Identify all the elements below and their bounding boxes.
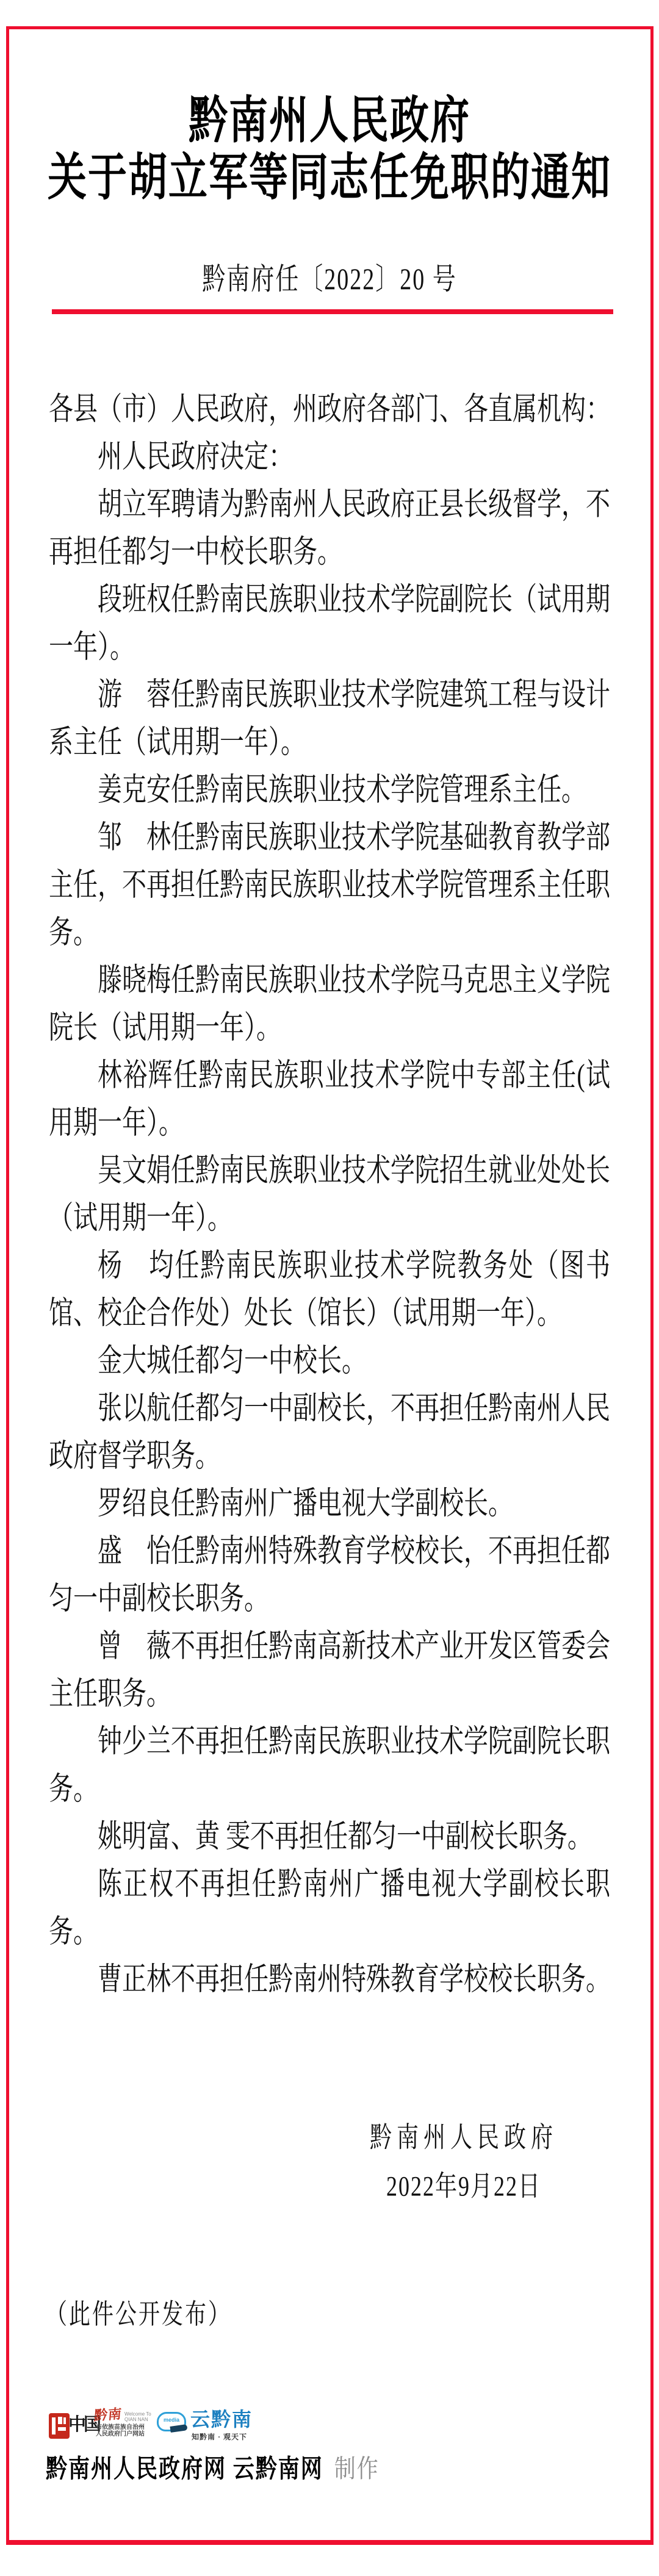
body-paragraph: 姚明富、黄 雯不再担任都匀一中副校长职务。	[49, 1813, 610, 1860]
footer-credit-sites: 黔南州人民政府网 云黔南网	[46, 2455, 323, 2483]
public-release-note: （此件公开发布）	[46, 2297, 231, 2333]
body-paragraph: 州人民政府决定：	[49, 433, 610, 481]
body-paragraph: 姜克安任黔南民族职业技术学院管理系主任。	[49, 766, 610, 814]
red-divider-line	[52, 309, 613, 314]
body-paragraph: 吴文娟任黔南民族职业技术学院招生就业处处长（试用期一年）。	[49, 1147, 610, 1242]
logo-yunqiannan: 云黔南	[190, 2408, 253, 2430]
body-paragraph: 金大城任都匀一中校长。	[49, 1337, 610, 1385]
document-number: 黔南府任〔2022〕20 号	[0, 262, 659, 297]
logo-welcome-line1: Welcome To	[124, 2411, 151, 2417]
body-paragraph: 林裕辉任黔南民族职业技术学院中专部主任(试用期一年）。	[49, 1052, 610, 1147]
body-paragraph: 游 蓉任黔南民族职业技术学院建筑工程与设计系主任（试用期一年）。	[49, 671, 610, 766]
body-paragraph: 各县（市）人民政府，州政府各部门、各直属机构：	[49, 386, 610, 433]
logo-yunqiannan-tagline: 知黔南 · 观天下	[192, 2431, 247, 2442]
body-paragraph: 张以航任都匀一中副校长，不再担任黔南州人民政府督学职务。	[49, 1385, 610, 1480]
footer-credit: 黔南州人民政府网 云黔南网制作	[46, 2453, 380, 2485]
document-body: 各县（市）人民政府，州政府各部门、各直属机构：州人民政府决定：胡立军聘请为黔南州…	[49, 386, 610, 2003]
body-paragraph: 陈正权不再担任黔南州广播电视大学副校长职务。	[49, 1860, 610, 1956]
body-paragraph: 段班权任黔南民族职业技术学院副院长（试用期一年）。	[49, 576, 610, 671]
logo-welcome-line2: QIAN NAN	[124, 2417, 151, 2422]
footer-credit-action: 制作	[334, 2455, 380, 2483]
logo-gov-subtitle: 布依族苗族自治州 人民政府门户网站	[96, 2424, 145, 2438]
logo-welcome-text: Welcome To QIAN NAN	[124, 2411, 151, 2422]
body-paragraph: 杨 均任黔南民族职业技术学院教务处（图书馆、校企合作处）处长（馆长）（试用期一年…	[49, 1242, 610, 1337]
body-paragraph: 胡立军聘请为黔南州人民政府正县长级督学，不再担任都匀一中校长职务。	[49, 481, 610, 576]
body-paragraph: 滕晓梅任黔南民族职业技术学院马克思主义学院院长（试用期一年）。	[49, 956, 610, 1052]
logo-qiannan-script: 黔南	[93, 2407, 122, 2422]
cloud-media-icon: media	[157, 2412, 186, 2431]
body-paragraph: 曾 薇不再担任黔南高新技术产业开发区管委会主任职务。	[49, 1623, 610, 1718]
body-paragraph: 曹正林不再担任黔南州特殊教育学校校长职务。	[49, 1956, 610, 2003]
body-paragraph: 邹 林任黔南民族职业技术学院基础教育教学部主任，不再担任黔南民族职业技术学院管理…	[49, 814, 610, 956]
body-paragraph: 钟少兰不再担任黔南民族职业技术学院副院长职务。	[49, 1718, 610, 1813]
body-paragraph: 罗绍良任黔南州广播电视大学副校长。	[49, 1480, 610, 1527]
footer: 中国 黔南 Welcome To QIAN NAN 布依族苗族自治州 人民政府门…	[0, 2403, 659, 2501]
qiannan-gov-seal-icon	[49, 2413, 70, 2439]
issue-date: 2022年9月22日	[342, 2165, 586, 2207]
issuer-signature: 黔南州人民政府	[342, 2117, 586, 2158]
cloud-media-label: media	[164, 2417, 179, 2423]
body-paragraph: 盛 怡任黔南州特殊教育学校校长，不再担任都匀一中副校长职务。	[49, 1527, 610, 1623]
title-line-issuer: 黔南州人民政府	[0, 91, 659, 149]
government-notice-document: 黔南州人民政府 关于胡立军等同志任免职的通知 黔南府任〔2022〕20 号 各县…	[0, 0, 659, 2576]
document-title: 黔南州人民政府 关于胡立军等同志任免职的通知	[0, 91, 659, 206]
logo-gov-subtitle-line1: 布依族苗族自治州	[96, 2424, 145, 2431]
logo-gov-subtitle-line2: 人民政府门户网站	[96, 2431, 145, 2438]
cloud-swoosh-icon	[170, 2424, 187, 2433]
title-line-subject: 关于胡立军等同志任免职的通知	[0, 149, 659, 206]
